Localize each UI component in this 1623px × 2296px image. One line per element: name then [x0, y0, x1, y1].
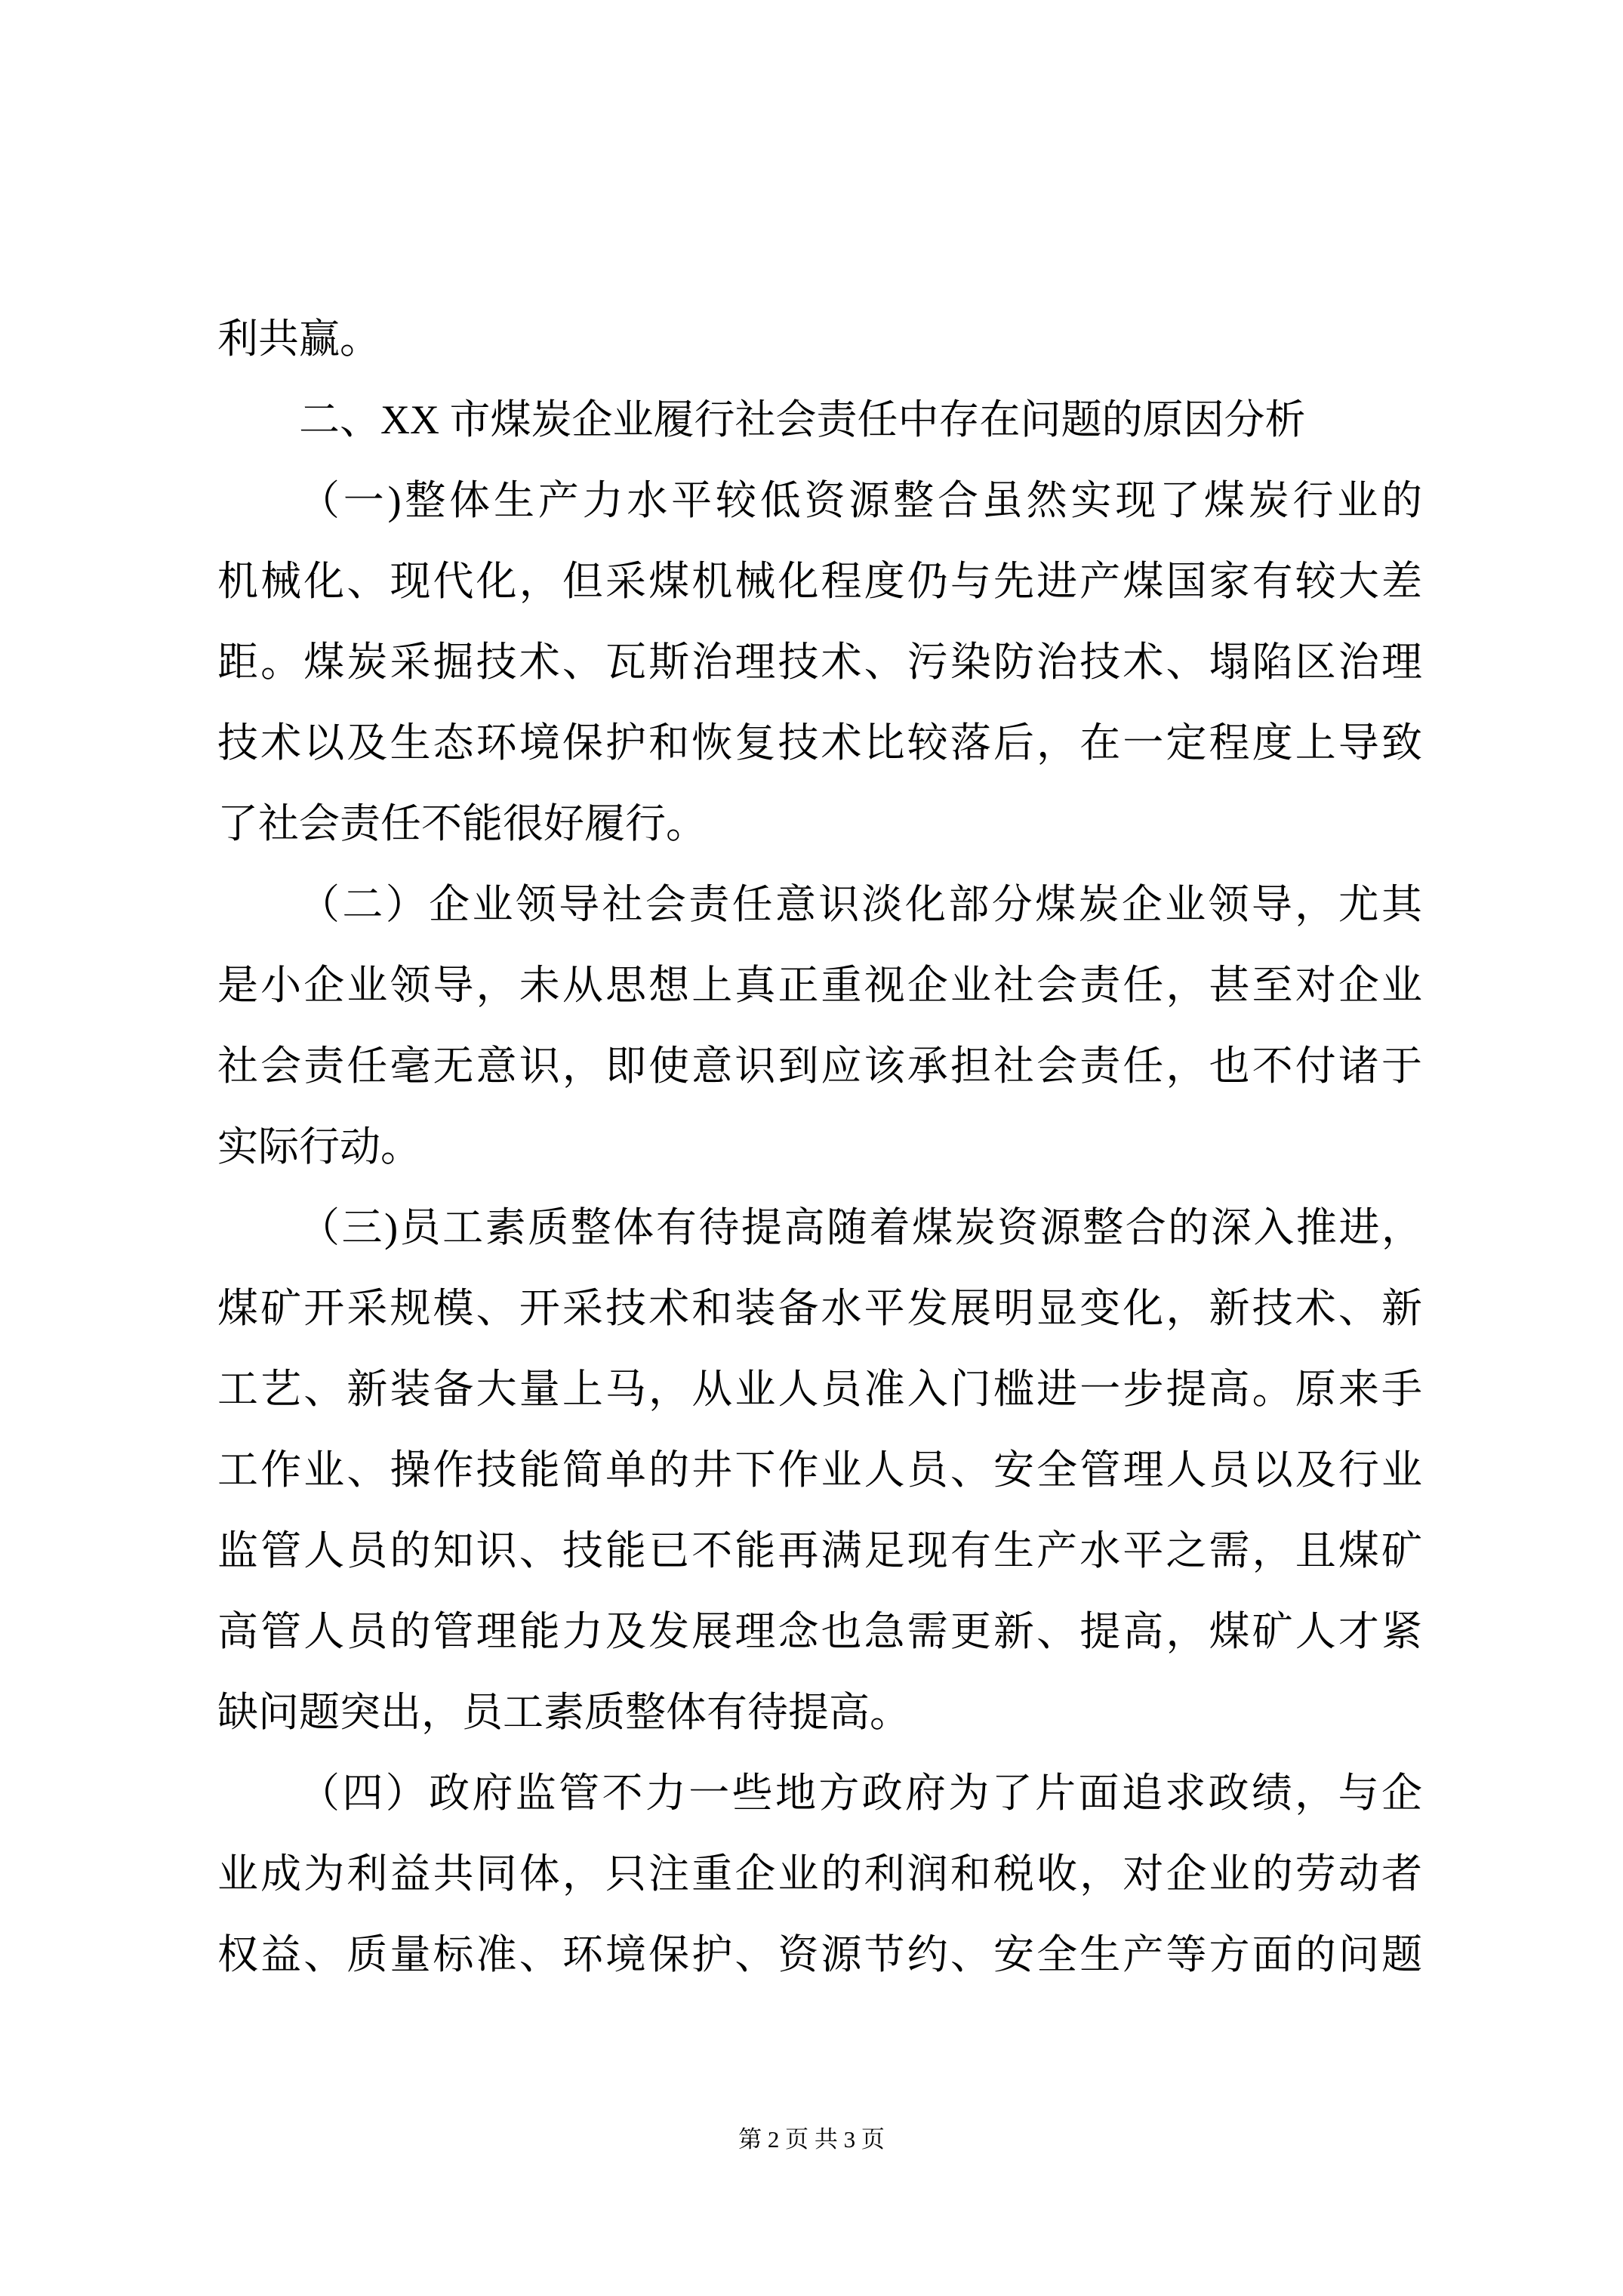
paragraph: （一)整体生产力水平较低资源整合虽然实现了煤炭行业的机械化、现代化，但采煤机械化… — [217, 461, 1422, 864]
paragraph: （三)员工素质整体有待提高随着煤炭资源整合的深入推进，煤矿开采规模、开采技术和装… — [217, 1188, 1422, 1753]
text-line: 实际行动。 — [217, 1107, 1422, 1188]
text-line: 是小企业领导，未从思想上真正重视企业社会责任，甚至对企业 — [217, 945, 1422, 1026]
page-footer: 第 2 页 共 3 页 — [0, 2123, 1623, 2156]
text-line: 社会责任毫无意识，即使意识到应该承担社会责任，也不付诸于 — [217, 1026, 1422, 1107]
text-line: 机械化、现代化，但采煤机械化程度仍与先进产煤国家有较大差 — [217, 541, 1422, 622]
text-line: （四）政府监管不力一些地方政府为了片面追求政绩，与企 — [217, 1753, 1422, 1834]
text-line: 技术以及生态环境保护和恢复技术比较落后，在一定程度上导致 — [217, 703, 1422, 784]
text-line: （三)员工素质整体有待提高随着煤炭资源整合的深入推进， — [217, 1188, 1422, 1268]
text-line: 高管人员的管理能力及发展理念也急需更新、提高，煤矿人才紧 — [217, 1592, 1422, 1672]
document-body: 利共赢。二、XX 市煤炭企业履行社会责任中存在问题的原因分析（一)整体生产力水平… — [217, 299, 1422, 1996]
text-line: 距。煤炭采掘技术、瓦斯治理技术、污染防治技术、塌陷区治理 — [217, 622, 1422, 703]
page-number-label: 第 2 页 共 3 页 — [738, 2126, 885, 2153]
text-line: 监管人员的知识、技能已不能再满足现有生产水平之需，且煤矿 — [217, 1511, 1422, 1592]
text-line: 利共赢。 — [217, 299, 1422, 380]
document-page: 利共赢。二、XX 市煤炭企业履行社会责任中存在问题的原因分析（一)整体生产力水平… — [0, 0, 1623, 2296]
paragraph: （四）政府监管不力一些地方政府为了片面追求政绩，与企业成为利益共同体，只注重企业… — [217, 1753, 1422, 1996]
paragraph: 二、XX 市煤炭企业履行社会责任中存在问题的原因分析 — [217, 380, 1422, 461]
text-line: 缺问题突出，员工素质整体有待提高。 — [217, 1672, 1422, 1753]
paragraph: （二）企业领导社会责任意识淡化部分煤炭企业领导，尤其是小企业领导，未从思想上真正… — [217, 864, 1422, 1188]
paragraph: 利共赢。 — [217, 299, 1422, 380]
text-line: 权益、质量标准、环境保护、资源节约、安全生产等方面的问题 — [217, 1915, 1422, 1996]
text-line: 二、XX 市煤炭企业履行社会责任中存在问题的原因分析 — [217, 380, 1422, 461]
text-line: 煤矿开采规模、开采技术和装备水平发展明显变化，新技术、新 — [217, 1268, 1422, 1349]
text-line: （二）企业领导社会责任意识淡化部分煤炭企业领导，尤其 — [217, 864, 1422, 945]
text-line: （一)整体生产力水平较低资源整合虽然实现了煤炭行业的 — [217, 461, 1422, 541]
text-line: 工作业、操作技能简单的井下作业人员、安全管理人员以及行业 — [217, 1430, 1422, 1511]
text-line: 工艺、新装备大量上马，从业人员准入门槛进一步提高。原来手 — [217, 1349, 1422, 1430]
text-line: 业成为利益共同体，只注重企业的利润和税收，对企业的劳动者 — [217, 1834, 1422, 1915]
text-line: 了社会责任不能很好履行。 — [217, 784, 1422, 864]
